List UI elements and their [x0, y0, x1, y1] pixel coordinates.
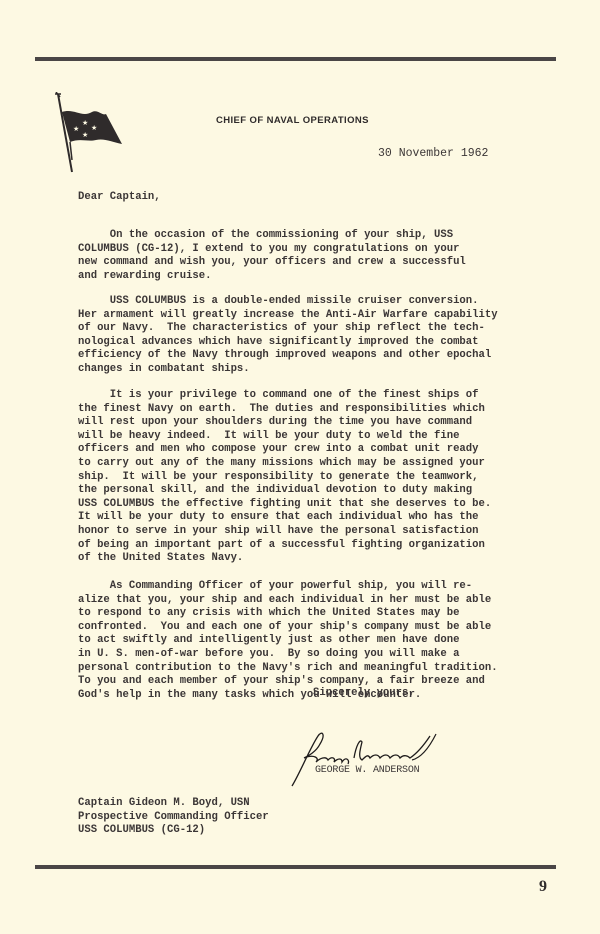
- closing: Sincerely yours,: [313, 687, 415, 701]
- letterhead-title: CHIEF OF NAVAL OPERATIONS: [216, 115, 369, 126]
- svg-text:★: ★: [82, 131, 88, 139]
- svg-text:★: ★: [73, 125, 79, 133]
- paragraph-readiness: As Commanding Officer of your powerful s…: [78, 580, 498, 702]
- letter-date: 30 November 1962: [378, 147, 488, 161]
- addressee-block: Captain Gideon M. Boyd, USN Prospective …: [78, 797, 269, 838]
- top-double-rule: [35, 57, 556, 61]
- four-star-flag-icon: ★ ★ ★ ★: [52, 92, 124, 174]
- paragraph-privilege-of-command: It is your privilege to command one of t…: [78, 389, 491, 566]
- paragraph-commissioning: On the occasion of the commissioning of …: [78, 229, 466, 283]
- svg-text:★: ★: [82, 119, 88, 127]
- paragraph-ship-description: USS COLUMBUS is a double-ended missile c…: [78, 295, 498, 377]
- handwritten-signature: [290, 728, 440, 788]
- salutation: Dear Captain,: [78, 191, 161, 205]
- signer-name: GEORGE W. ANDERSON: [315, 764, 419, 778]
- svg-text:★: ★: [91, 124, 97, 132]
- bottom-double-rule: [35, 865, 556, 869]
- page-number: 9: [539, 878, 547, 896]
